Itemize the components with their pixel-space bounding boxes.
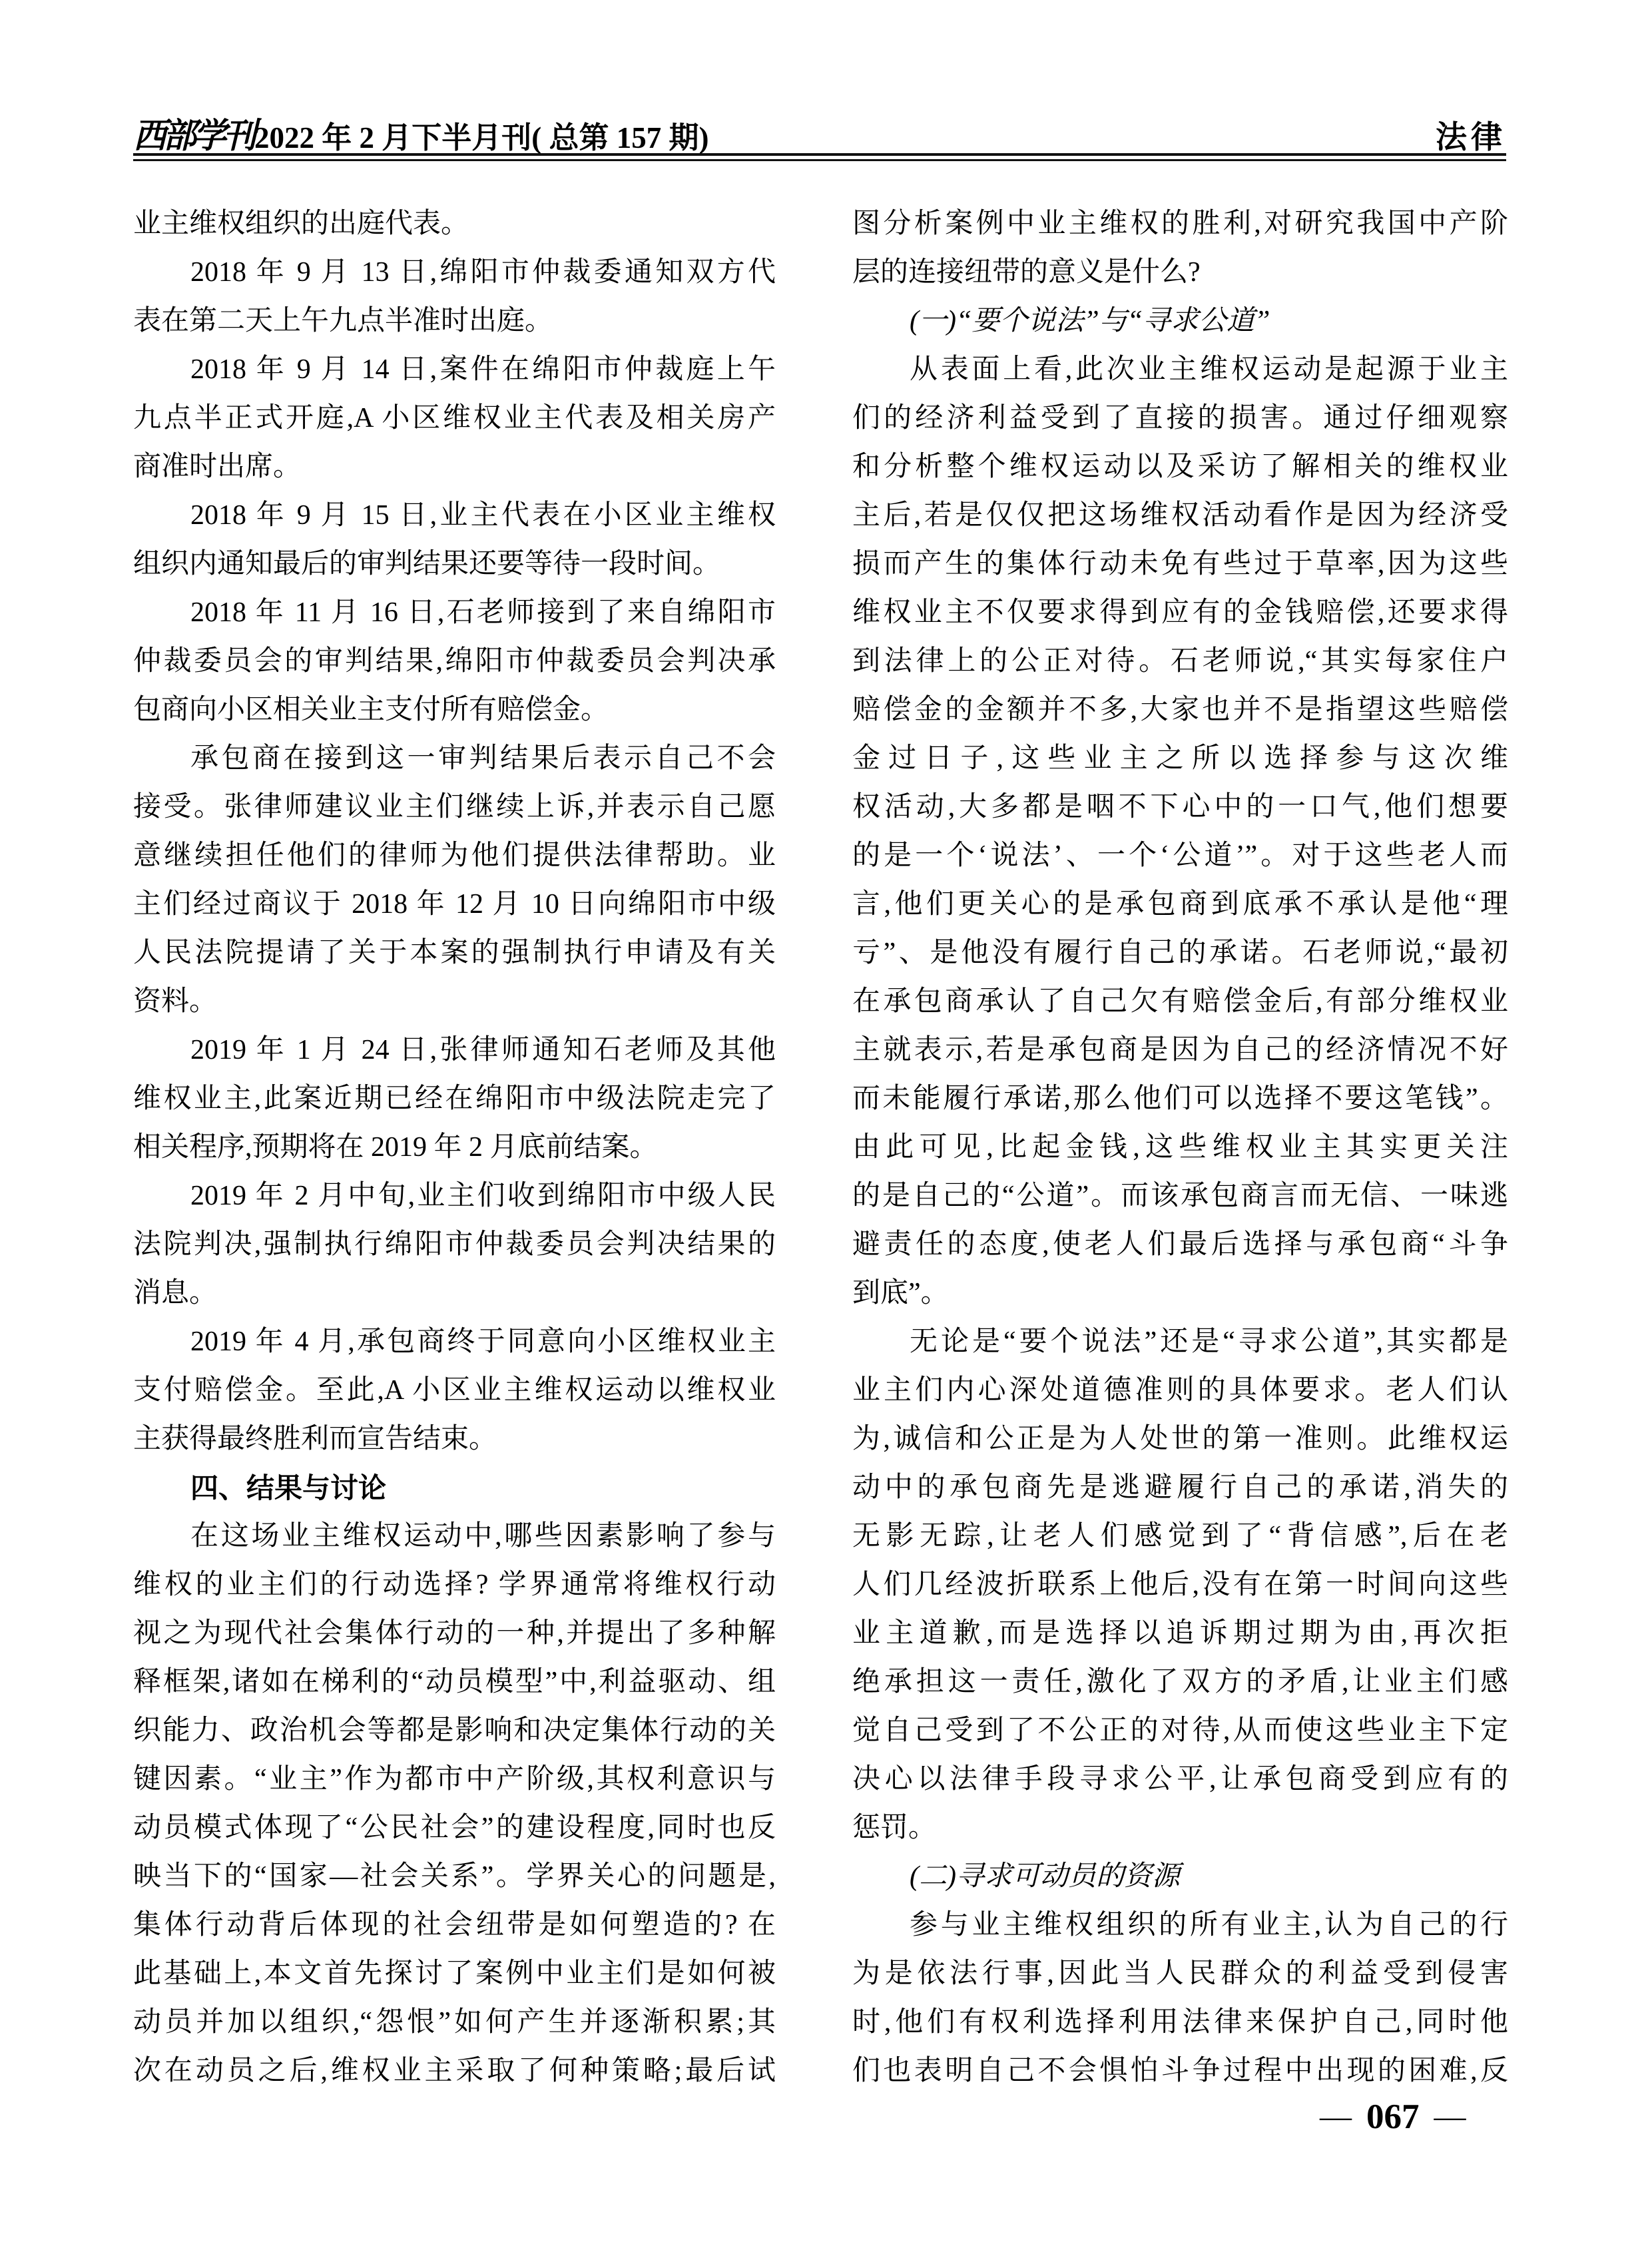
text-line: 的是自己的“公道”。而该承包商言而无信、一味逃 [852, 1172, 1508, 1221]
text-line: 图分析案例中业主维权的胜利,对研究我国中产阶 [852, 200, 1508, 248]
text-line: 权活动,大多都是咽不下心中的一口气,他们想要 [852, 783, 1508, 832]
text-line: 集体行动背后体现的社会纽带是如何塑造的? 在 [133, 1901, 776, 1950]
text-line: 亏”、是他没有履行自己的承诺。石老师说,“最初 [852, 929, 1508, 978]
text-line: 动员并加以组织,“怨恨”如何产生并逐渐积累;其 [133, 1998, 776, 2047]
text-line: 无论是“要个说法”还是“寻求公道”,其实都是 [852, 1318, 1508, 1366]
text-line: 接受。张律师建议业主们继续上诉,并表示自己愿 [133, 783, 776, 832]
text-line: 为,诚信和公正是为人处世的第一准则。此维权运 [852, 1415, 1508, 1464]
text-line: 到底”。 [852, 1269, 1508, 1318]
text-line: 织能力、政治机会等都是影响和决定集体行动的关 [133, 1707, 776, 1755]
text-line: 而未能履行承诺,那么他们可以选择不要这笔钱”。 [852, 1075, 1508, 1123]
text-line: 业主们内心深处道德准则的具体要求。老人们认 [852, 1366, 1508, 1415]
text-line: 们也表明自己不会惧怕斗争过程中出现的困难,反 [852, 2047, 1508, 2096]
text-line: 人们几经波折联系上他后,没有在第一时间向这些 [852, 1561, 1508, 1609]
text-line: 在承包商承认了自己欠有赔偿金后,有部分维权业 [852, 978, 1508, 1026]
text-line: 2019 年 2 月中旬,业主们收到绵阳市中级人民 [133, 1172, 776, 1221]
text-line: 到法律上的公正对待。石老师说,“其实每家住户 [852, 637, 1508, 686]
text-line: 动员模式体现了“公民社会”的建设程度,同时也反 [133, 1804, 776, 1852]
footer-dash-right: — [1434, 2096, 1466, 2137]
text-line: 金过日子,这些业主之所以选择参与这次维 [852, 734, 1508, 783]
journal-logo: 西部学刊 [133, 108, 253, 158]
page-header: 西部学刊 2022 年 2 月下半月刊( 总第 157 期) 法律 [133, 110, 1506, 154]
text-line: 维权的业主们的行动选择? 学界通常将维权行动 [133, 1561, 776, 1609]
text-line: 承包商在接到这一审判结果后表示自己不会 [133, 734, 776, 783]
issue-info: 2022 年 2 月下半月刊( 总第 157 期) [254, 113, 708, 156]
text-line: 仲裁委员会的审判结果,绵阳市仲裁委员会判决承 [133, 637, 776, 686]
text-column-left: 业主维权组织的出庭代表。2018 年 9 月 13 日,绵阳市仲裁委通知双方代表… [133, 200, 776, 2096]
text-line: 商准时出席。 [133, 443, 776, 491]
section-label: 法律 [1436, 113, 1506, 157]
text-line: 2019 年 1 月 24 日,张律师通知石老师及其他 [133, 1026, 776, 1075]
text-line: 层的连接纽带的意义是什么? [852, 248, 1508, 297]
text-line: 觉自己受到了不公正的对待,从而使这些业主下定 [852, 1707, 1508, 1755]
text-line: 键因素。“业主”作为都市中产阶级,其权利意识与 [133, 1755, 776, 1804]
footer-dash-left: — [1320, 2096, 1352, 2137]
text-line: 次在动员之后,维权业主采取了何种策略;最后试 [133, 2047, 776, 2096]
header-double-rule [133, 153, 1506, 161]
text-line: 2019 年 4 月,承包商终于同意向小区维权业主 [133, 1318, 776, 1366]
text-line: 四、结果与讨论 [133, 1464, 776, 1512]
text-line: 人民法院提请了关于本案的强制执行申请及有关 [133, 929, 776, 978]
text-line: 避责任的态度,使老人们最后选择与承包商“斗争 [852, 1221, 1508, 1269]
text-line: 主就表示,若是承包商是因为自己的经济情况不好 [852, 1026, 1508, 1075]
text-column-right: 图分析案例中业主维权的胜利,对研究我国中产阶层的连接纽带的意义是什么?(一)“要… [852, 200, 1508, 2096]
text-line: 九点半正式开庭,A 小区维权业主代表及相关房产 [133, 394, 776, 443]
page-footer: — 067 — [1320, 2096, 1466, 2137]
text-line: 惩罚。 [852, 1804, 1508, 1852]
text-line: 此基础上,本文首先探讨了案例中业主们是如何被 [133, 1950, 776, 1998]
text-line: 和分析整个维权运动以及采访了解相关的维权业 [852, 443, 1508, 491]
text-line: 为是依法行事,因此当人民群众的利益受到侵害 [852, 1950, 1508, 1998]
text-line: 言,他们更关心的是承包商到底承不承认是他“理 [852, 880, 1508, 929]
text-line: 表在第二天上午九点半准时出庭。 [133, 297, 776, 346]
text-line: 2018 年 9 月 13 日,绵阳市仲裁委通知双方代 [133, 248, 776, 297]
text-line: 无影无踪,让老人们感觉到了“背信感”,后在老 [852, 1512, 1508, 1561]
text-line: 法院判决,强制执行绵阳市仲裁委员会判决结果的 [133, 1221, 776, 1269]
text-line: 2018 年 11 月 16 日,石老师接到了来自绵阳市 [133, 589, 776, 637]
text-line: 释框架,诸如在梯利的“动员模型”中,利益驱动、组 [133, 1658, 776, 1707]
text-line: 损而产生的集体行动未免有些过于草率,因为这些 [852, 540, 1508, 589]
journal-page: 西部学刊 2022 年 2 月下半月刊( 总第 157 期) 法律 业主维权组织… [0, 0, 1652, 2242]
text-line: 主获得最终胜利而宣告结束。 [133, 1415, 776, 1464]
text-line: 绝承担这一责任,激化了双方的矛盾,让业主们感 [852, 1658, 1508, 1707]
text-line: 由此可见,比起金钱,这些维权业主其实更关注 [852, 1123, 1508, 1172]
text-line: (一)“要个说法”与“寻求公道” [852, 297, 1508, 346]
text-line: 时,他们有权利选择利用法律来保护自己,同时他 [852, 1998, 1508, 2047]
text-line: 从表面上看,此次业主维权运动是起源于业主 [852, 346, 1508, 394]
text-line: 2018 年 9 月 15 日,业主代表在小区业主维权 [133, 491, 776, 540]
text-line: 参与业主维权组织的所有业主,认为自己的行 [852, 1901, 1508, 1950]
text-line: 的是一个‘说法’、一个‘公道’”。对于这些老人而 [852, 832, 1508, 880]
text-line: 意继续担任他们的律师为他们提供法律帮助。业 [133, 832, 776, 880]
text-line: 组织内通知最后的审判结果还要等待一段时间。 [133, 540, 776, 589]
text-line: 主们经过商议于 2018 年 12 月 10 日向绵阳市中级 [133, 880, 776, 929]
text-line: 业主道歉,而是选择以追诉期过期为由,再次拒 [852, 1609, 1508, 1658]
text-line: 2018 年 9 月 14 日,案件在绵阳市仲裁庭上午 [133, 346, 776, 394]
text-line: 业主维权组织的出庭代表。 [133, 200, 776, 248]
page-number: 067 [1366, 2096, 1420, 2137]
text-line: 相关程序,预期将在 2019 年 2 月底前结案。 [133, 1123, 776, 1172]
text-line: 资料。 [133, 978, 776, 1026]
text-line: 消息。 [133, 1269, 776, 1318]
text-line: 们的经济利益受到了直接的损害。通过仔细观察 [852, 394, 1508, 443]
text-line: 主后,若是仅仅把这场维权活动看作是因为经济受 [852, 491, 1508, 540]
text-line: 在这场业主维权运动中,哪些因素影响了参与 [133, 1512, 776, 1561]
text-line: 维权业主不仅要求得到应有的金钱赔偿,还要求得 [852, 589, 1508, 637]
text-line: 决心以法律手段寻求公平,让承包商受到应有的 [852, 1755, 1508, 1804]
text-line: (二)寻求可动员的资源 [852, 1852, 1508, 1901]
text-line: 维权业主,此案近期已经在绵阳市中级法院走完了 [133, 1075, 776, 1123]
text-line: 动中的承包商先是逃避履行自己的承诺,消失的 [852, 1464, 1508, 1512]
text-line: 视之为现代社会集体行动的一种,并提出了多种解 [133, 1609, 776, 1658]
text-line: 赔偿金的金额并不多,大家也并不是指望这些赔偿 [852, 686, 1508, 734]
text-line: 映当下的“国家—社会关系”。学界关心的问题是, [133, 1852, 776, 1901]
text-line: 包商向小区相关业主支付所有赔偿金。 [133, 686, 776, 734]
text-line: 支付赔偿金。至此,A 小区业主维权运动以维权业 [133, 1366, 776, 1415]
